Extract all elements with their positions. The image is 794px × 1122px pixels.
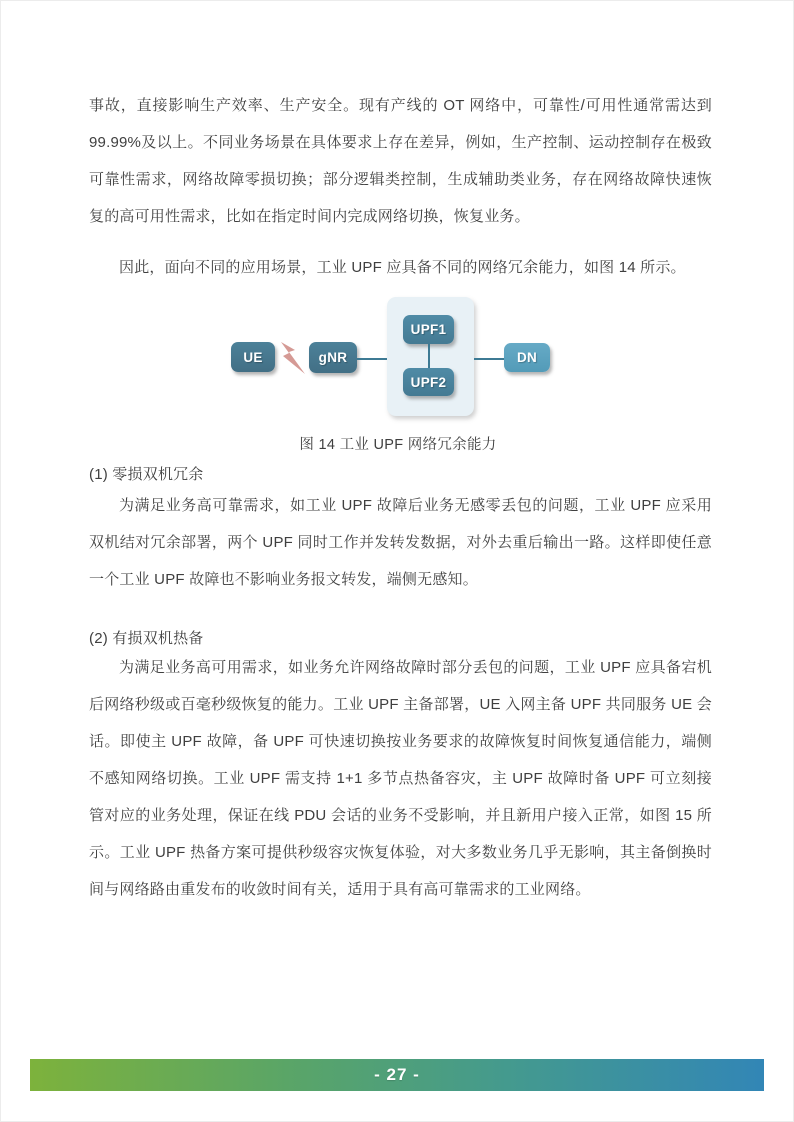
upf-group-container	[387, 297, 474, 416]
page-number: - 27 -	[374, 1065, 420, 1085]
connector-gnr-upf	[357, 358, 387, 360]
node-ue: UE	[231, 342, 275, 372]
connector-upf-dn	[474, 358, 504, 360]
node-upf1: UPF1	[403, 315, 454, 344]
paragraph-section-1: 为满足业务高可靠需求，如工业 UPF 故障后业务无感零丢包的问题，工业 UPF …	[89, 487, 712, 598]
paragraph-intro: 事故，直接影响生产效率、生产安全。现有产线的 OT 网络中，可靠性/可用性通常需…	[89, 87, 712, 235]
section-1-heading: (1) 零损双机冗余	[89, 463, 204, 484]
paragraph-section-2: 为满足业务高可用需求，如业务允许网络故障时部分丢包的问题，工业 UPF 应具备宕…	[89, 649, 712, 908]
footer-page-bar: - 27 -	[30, 1059, 764, 1091]
section-2-heading: (2) 有损双机热备	[89, 627, 204, 648]
node-gnr: gNR	[309, 342, 357, 373]
lightning-bolt-icon	[279, 341, 307, 376]
document-page: 事故，直接影响生产效率、生产安全。现有产线的 OT 网络中，可靠性/可用性通常需…	[0, 0, 794, 1122]
node-upf2: UPF2	[403, 368, 454, 396]
paragraph-figure-ref: 因此，面向不同的应用场景，工业 UPF 应具备不同的网络冗余能力，如图 14 所…	[89, 249, 712, 286]
connector-upf1-upf2	[428, 344, 430, 368]
node-dn: DN	[504, 343, 550, 372]
figure-caption: 图 14 工业 UPF 网络冗余能力	[1, 433, 794, 454]
